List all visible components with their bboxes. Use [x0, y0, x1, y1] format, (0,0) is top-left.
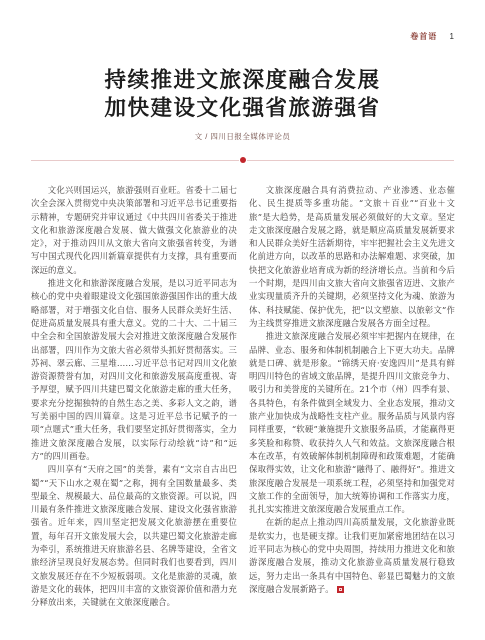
- body-columns: 文化兴则国运兴，旅游强则百业旺。省委十二届七次全会深入贯彻党中央决策部署和习近平…: [31, 184, 455, 610]
- magazine-page: 卷首语 1 持续推进文旅深度融合发展 加快建设文化强省旅游强省 文 / 四川日报…: [0, 0, 485, 640]
- section-label: 卷首语: [410, 32, 437, 41]
- paragraph: 四川享有“天府之国”的美誉，素有“文宗自古出巴蜀”“天下山水之观在蜀”之称，拥有…: [31, 463, 237, 609]
- page-header: 卷首语 1: [410, 31, 455, 42]
- paragraph: 文化兴则国运兴，旅游强则百业旺。省委十二届七次全会深入贯彻党中央决策部署和习近平…: [31, 184, 237, 277]
- paragraph: 推进文化和旅游深度融合发展，是以习近平同志为核心的党中央着眼建设文化强国旅游强国…: [31, 277, 237, 463]
- left-column: 文化兴则国运兴，旅游强则百业旺。省委十二届七次全会深入贯彻党中央决策部署和习近平…: [31, 184, 237, 610]
- paragraph: 在新的起点上推动四川高质量发展，文化旅游业既是软实力，也是硬支撑。让我们更加紧密…: [249, 516, 455, 596]
- right-column: 文旅深度融合具有消费拉动、产业渗透、业态催化、民生提质等多重功能。“文旅＋百业”…: [249, 184, 455, 610]
- byline: 文 / 四川日报全媒体评论员: [0, 131, 485, 142]
- divider-dot-icon: [240, 157, 246, 163]
- paragraph: 文旅深度融合具有消费拉动、产业渗透、业态催化、民生提质等多重功能。“文旅＋百业”…: [249, 184, 455, 330]
- paragraph: 推进文旅深度融合发展必须牢牢把握内在规律，在品牌、业态、服务和体制机制融合上下更…: [249, 330, 455, 516]
- title-line-1: 持续推进文旅深度融合发展: [0, 66, 485, 94]
- title-line-2: 加快建设文化强省旅游强省: [0, 94, 485, 122]
- paragraph-text: 在新的起点上推动四川高质量发展，文化旅游业既是软实力，也是硬支撑。让我们更加紧密…: [249, 517, 455, 593]
- divider-rule-right: [247, 160, 455, 161]
- divider: [31, 157, 454, 163]
- article-end-mark-icon: [337, 586, 344, 593]
- divider-rule-left: [31, 160, 239, 161]
- article-title: 持续推进文旅深度融合发展 加快建设文化强省旅游强省: [0, 66, 485, 122]
- page-number: 1: [450, 32, 455, 41]
